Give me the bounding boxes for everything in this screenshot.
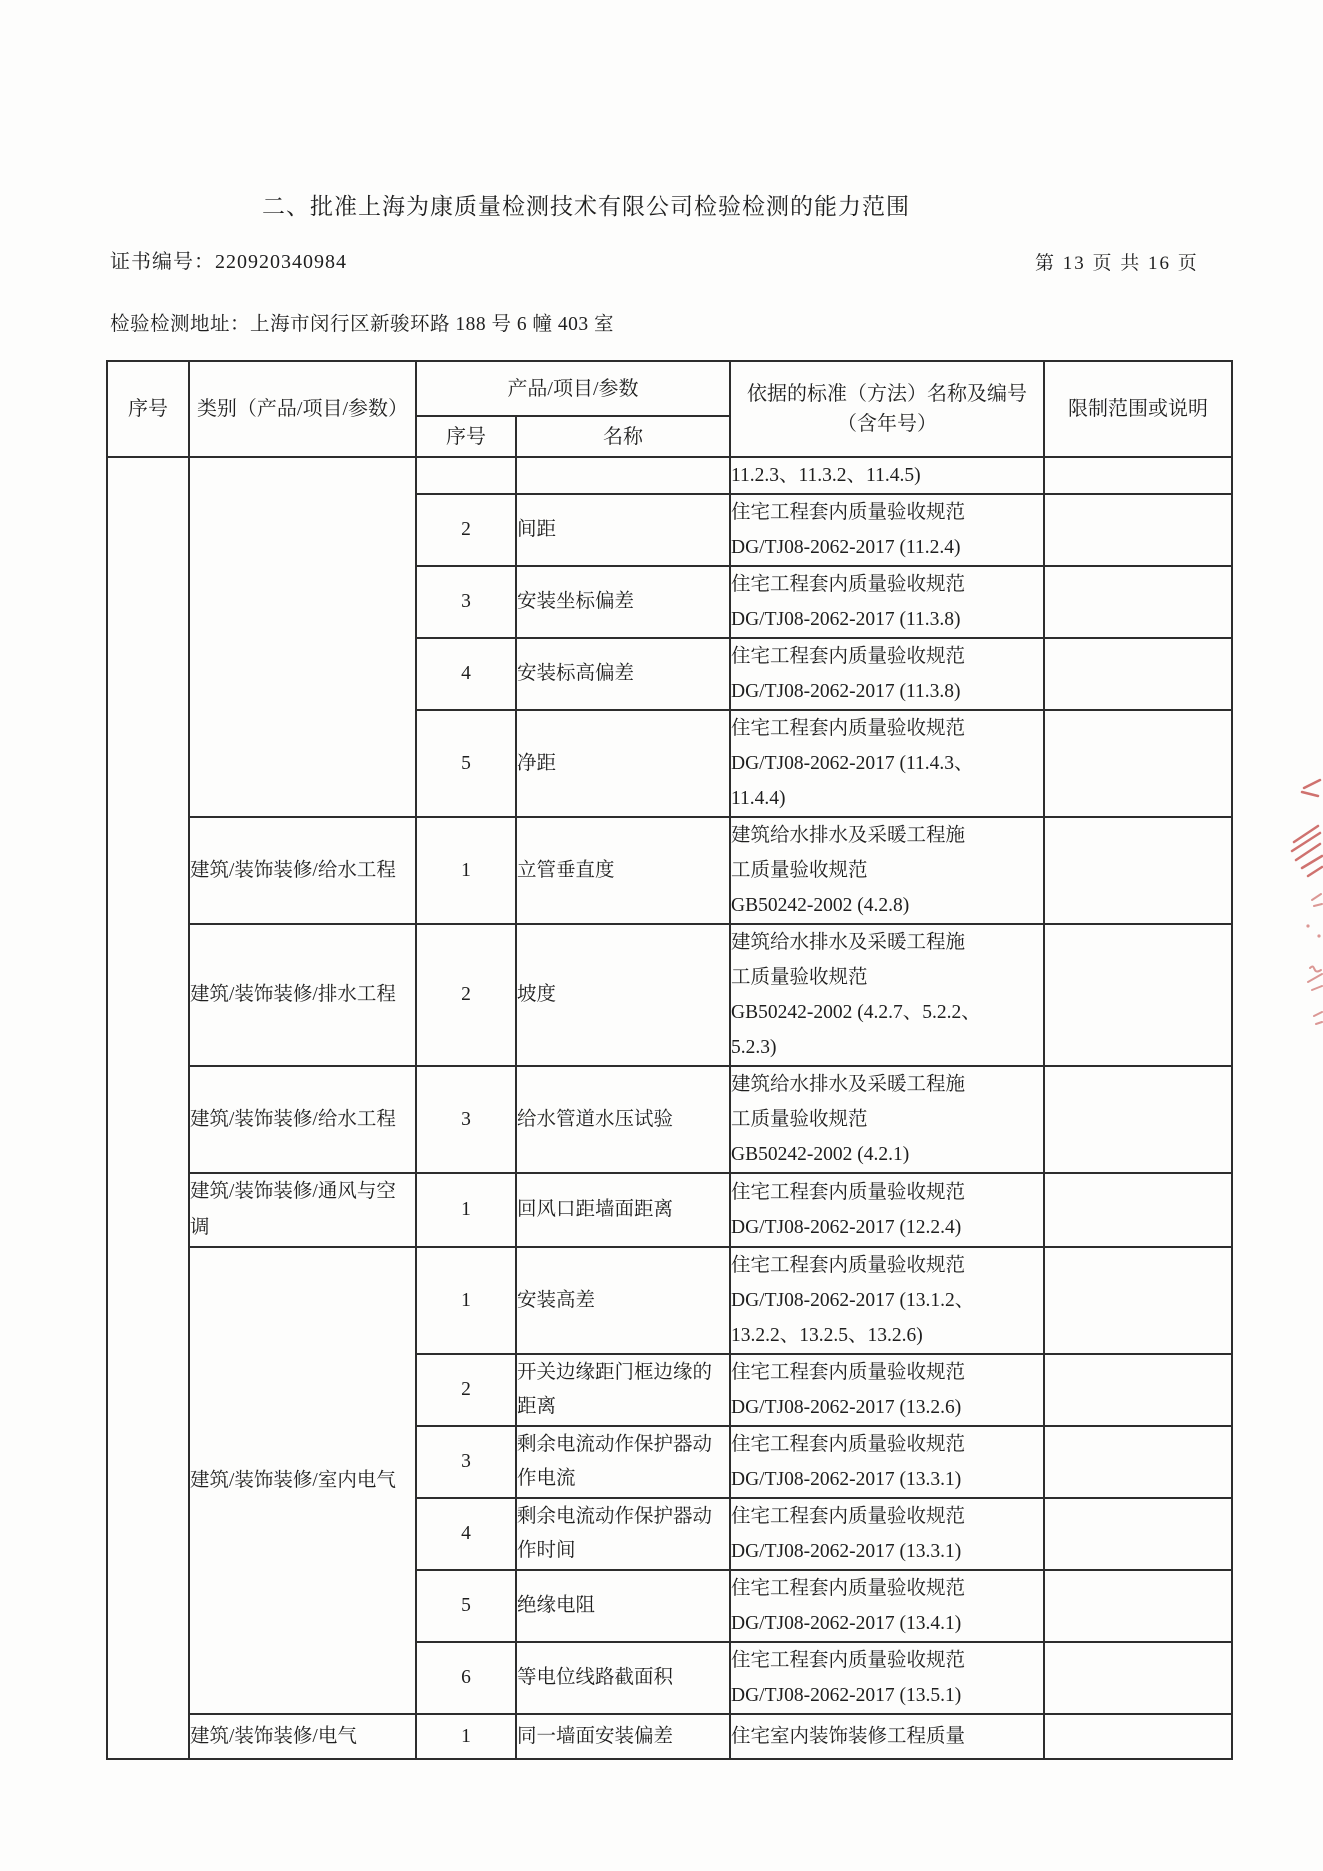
capability-table: 序号 类别（产品/项目/参数） 产品/项目/参数 依据的标准（方法）名称及编号（…	[106, 360, 1233, 1760]
cell-product-seq: 4	[416, 1498, 516, 1570]
table-row: 建筑/装饰装修/给水工程 3 给水管道水压试验 建筑给水排水及采暖工程施工质量验…	[107, 1066, 1232, 1173]
cell-product-name: 坡度	[516, 924, 730, 1066]
cell-product-seq: 2	[416, 494, 516, 566]
cell-product-seq: 3	[416, 1426, 516, 1498]
cell-product-name: 同一墙面安装偏差	[516, 1714, 730, 1759]
table-row: 建筑/装饰装修/排水工程 2 坡度 建筑给水排水及采暖工程施工质量验收规范GB5…	[107, 924, 1232, 1066]
cell-standard: 住宅室内装饰装修工程质量	[730, 1714, 1044, 1759]
certificate-number: 证书编号：220920340984	[110, 245, 347, 274]
cell-limit	[1044, 924, 1232, 1066]
cell-product-seq: 5	[416, 710, 516, 817]
cell-product-name	[516, 457, 730, 494]
page-number-indicator: 第 13 页 共 16 页	[1035, 248, 1199, 275]
cell-category: 建筑/装饰装修/通风与空调	[189, 1173, 416, 1247]
cell-limit	[1044, 817, 1232, 924]
cell-product-seq: 1	[416, 1714, 516, 1759]
cell-product-name: 净距	[516, 710, 730, 817]
cell-limit	[1044, 638, 1232, 710]
cell-standard: 住宅工程套内质量验收规范DG/TJ08-2062-2017 (13.3.1)	[730, 1498, 1044, 1570]
cell-product-name: 剩余电流动作保护器动作时间	[516, 1498, 730, 1570]
table-row: 建筑/装饰装修/电气 1 同一墙面安装偏差 住宅室内装饰装修工程质量	[107, 1714, 1232, 1759]
cell-product-seq: 1	[416, 1247, 516, 1354]
cell-product-name: 安装高差	[516, 1247, 730, 1354]
cell-product-name: 等电位线路截面积	[516, 1642, 730, 1714]
cell-product-name: 安装坐标偏差	[516, 566, 730, 638]
cell-standard: 住宅工程套内质量验收规范DG/TJ08-2062-2017 (11.3.8)	[730, 638, 1044, 710]
table-row: 建筑/装饰装修/通风与空调 1 回风口距墙面距离 住宅工程套内质量验收规范DG/…	[107, 1173, 1232, 1247]
cell-product-seq: 1	[416, 1173, 516, 1247]
cell-standard: 建筑给水排水及采暖工程施工质量验收规范GB50242-2002 (4.2.7、5…	[730, 924, 1044, 1066]
cell-product-seq: 2	[416, 924, 516, 1066]
cell-category: 建筑/装饰装修/室内电气	[189, 1247, 416, 1714]
cell-category: 建筑/装饰装修/给水工程	[189, 817, 416, 924]
header-product-group: 产品/项目/参数	[416, 361, 730, 416]
cell-product-name: 间距	[516, 494, 730, 566]
cell-limit	[1044, 566, 1232, 638]
cell-product-seq: 3	[416, 566, 516, 638]
cell-category: 建筑/装饰装修/排水工程	[189, 924, 416, 1066]
cell-product-name: 立管垂直度	[516, 817, 730, 924]
cell-standard: 建筑给水排水及采暖工程施工质量验收规范GB50242-2002 (4.2.1)	[730, 1066, 1044, 1173]
cell-product-name: 绝缘电阻	[516, 1570, 730, 1642]
cell-standard: 住宅工程套内质量验收规范DG/TJ08-2062-2017 (11.3.8)	[730, 566, 1044, 638]
cell-product-seq	[416, 457, 516, 494]
cell-limit	[1044, 1066, 1232, 1173]
cell-limit	[1044, 1714, 1232, 1759]
cell-product-name: 给水管道水压试验	[516, 1066, 730, 1173]
cell-category	[189, 457, 416, 817]
cell-limit	[1044, 710, 1232, 817]
cell-product-name: 开关边缘距门框边缘的距离	[516, 1354, 730, 1426]
cell-limit	[1044, 494, 1232, 566]
cell-limit	[1044, 457, 1232, 494]
cell-product-seq: 5	[416, 1570, 516, 1642]
cell-standard: 住宅工程套内质量验收规范DG/TJ08-2062-2017 (12.2.4)	[730, 1173, 1044, 1247]
cell-standard: 住宅工程套内质量验收规范DG/TJ08-2062-2017 (11.2.4)	[730, 494, 1044, 566]
document-page: 二、批准上海为康质量检测技术有限公司检验检测的能力范围 证书编号：2209203…	[0, 0, 1323, 1871]
cell-product-seq: 3	[416, 1066, 516, 1173]
red-stamp-fragment-icon	[1278, 730, 1323, 1060]
table-row: 建筑/装饰装修/室内电气 1 安装高差 住宅工程套内质量验收规范DG/TJ08-…	[107, 1247, 1232, 1354]
cell-standard: 建筑给水排水及采暖工程施工质量验收规范GB50242-2002 (4.2.8)	[730, 817, 1044, 924]
cell-standard: 住宅工程套内质量验收规范DG/TJ08-2062-2017 (13.1.2、13…	[730, 1247, 1044, 1354]
cell-product-seq: 6	[416, 1642, 516, 1714]
cell-category: 建筑/装饰装修/给水工程	[189, 1066, 416, 1173]
header-seq: 序号	[107, 361, 189, 457]
cell-product-seq: 1	[416, 817, 516, 924]
cell-product-seq: 4	[416, 638, 516, 710]
cell-standard: 住宅工程套内质量验收规范DG/TJ08-2062-2017 (13.2.6)	[730, 1354, 1044, 1426]
header-standard: 依据的标准（方法）名称及编号（含年号）	[730, 361, 1044, 457]
cell-standard: 住宅工程套内质量验收规范DG/TJ08-2062-2017 (13.4.1)	[730, 1570, 1044, 1642]
cell-limit	[1044, 1426, 1232, 1498]
header-product-seq: 序号	[416, 416, 516, 457]
table-row: 建筑/装饰装修/给水工程 1 立管垂直度 建筑给水排水及采暖工程施工质量验收规范…	[107, 817, 1232, 924]
header-product-name: 名称	[516, 416, 730, 457]
header-category: 类别（产品/项目/参数）	[189, 361, 416, 457]
header-limit: 限制范围或说明	[1044, 361, 1232, 457]
cell-limit	[1044, 1247, 1232, 1354]
cell-standard: 住宅工程套内质量验收规范DG/TJ08-2062-2017 (13.3.1)	[730, 1426, 1044, 1498]
inspection-address: 检验检测地址：上海市闵行区新骏环路 188 号 6 幢 403 室	[110, 308, 614, 336]
cell-limit	[1044, 1173, 1232, 1247]
cell-limit	[1044, 1642, 1232, 1714]
cell-limit	[1044, 1570, 1232, 1642]
cell-product-name: 安装标高偏差	[516, 638, 730, 710]
cell-limit	[1044, 1498, 1232, 1570]
cell-limit	[1044, 1354, 1232, 1426]
cell-product-name: 回风口距墙面距离	[516, 1173, 730, 1247]
cell-standard: 住宅工程套内质量验收规范DG/TJ08-2062-2017 (11.4.3、11…	[730, 710, 1044, 817]
cell-product-name: 剩余电流动作保护器动作电流	[516, 1426, 730, 1498]
table-row: 11.2.3、11.3.2、11.4.5)	[107, 457, 1232, 494]
cell-standard: 11.2.3、11.3.2、11.4.5)	[730, 457, 1044, 494]
cell-category: 建筑/装饰装修/电气	[189, 1714, 416, 1759]
cell-master-seq	[107, 457, 189, 1759]
cell-product-seq: 2	[416, 1354, 516, 1426]
page-title: 二、批准上海为康质量检测技术有限公司检验检测的能力范围	[262, 188, 910, 221]
cell-standard: 住宅工程套内质量验收规范DG/TJ08-2062-2017 (13.5.1)	[730, 1642, 1044, 1714]
